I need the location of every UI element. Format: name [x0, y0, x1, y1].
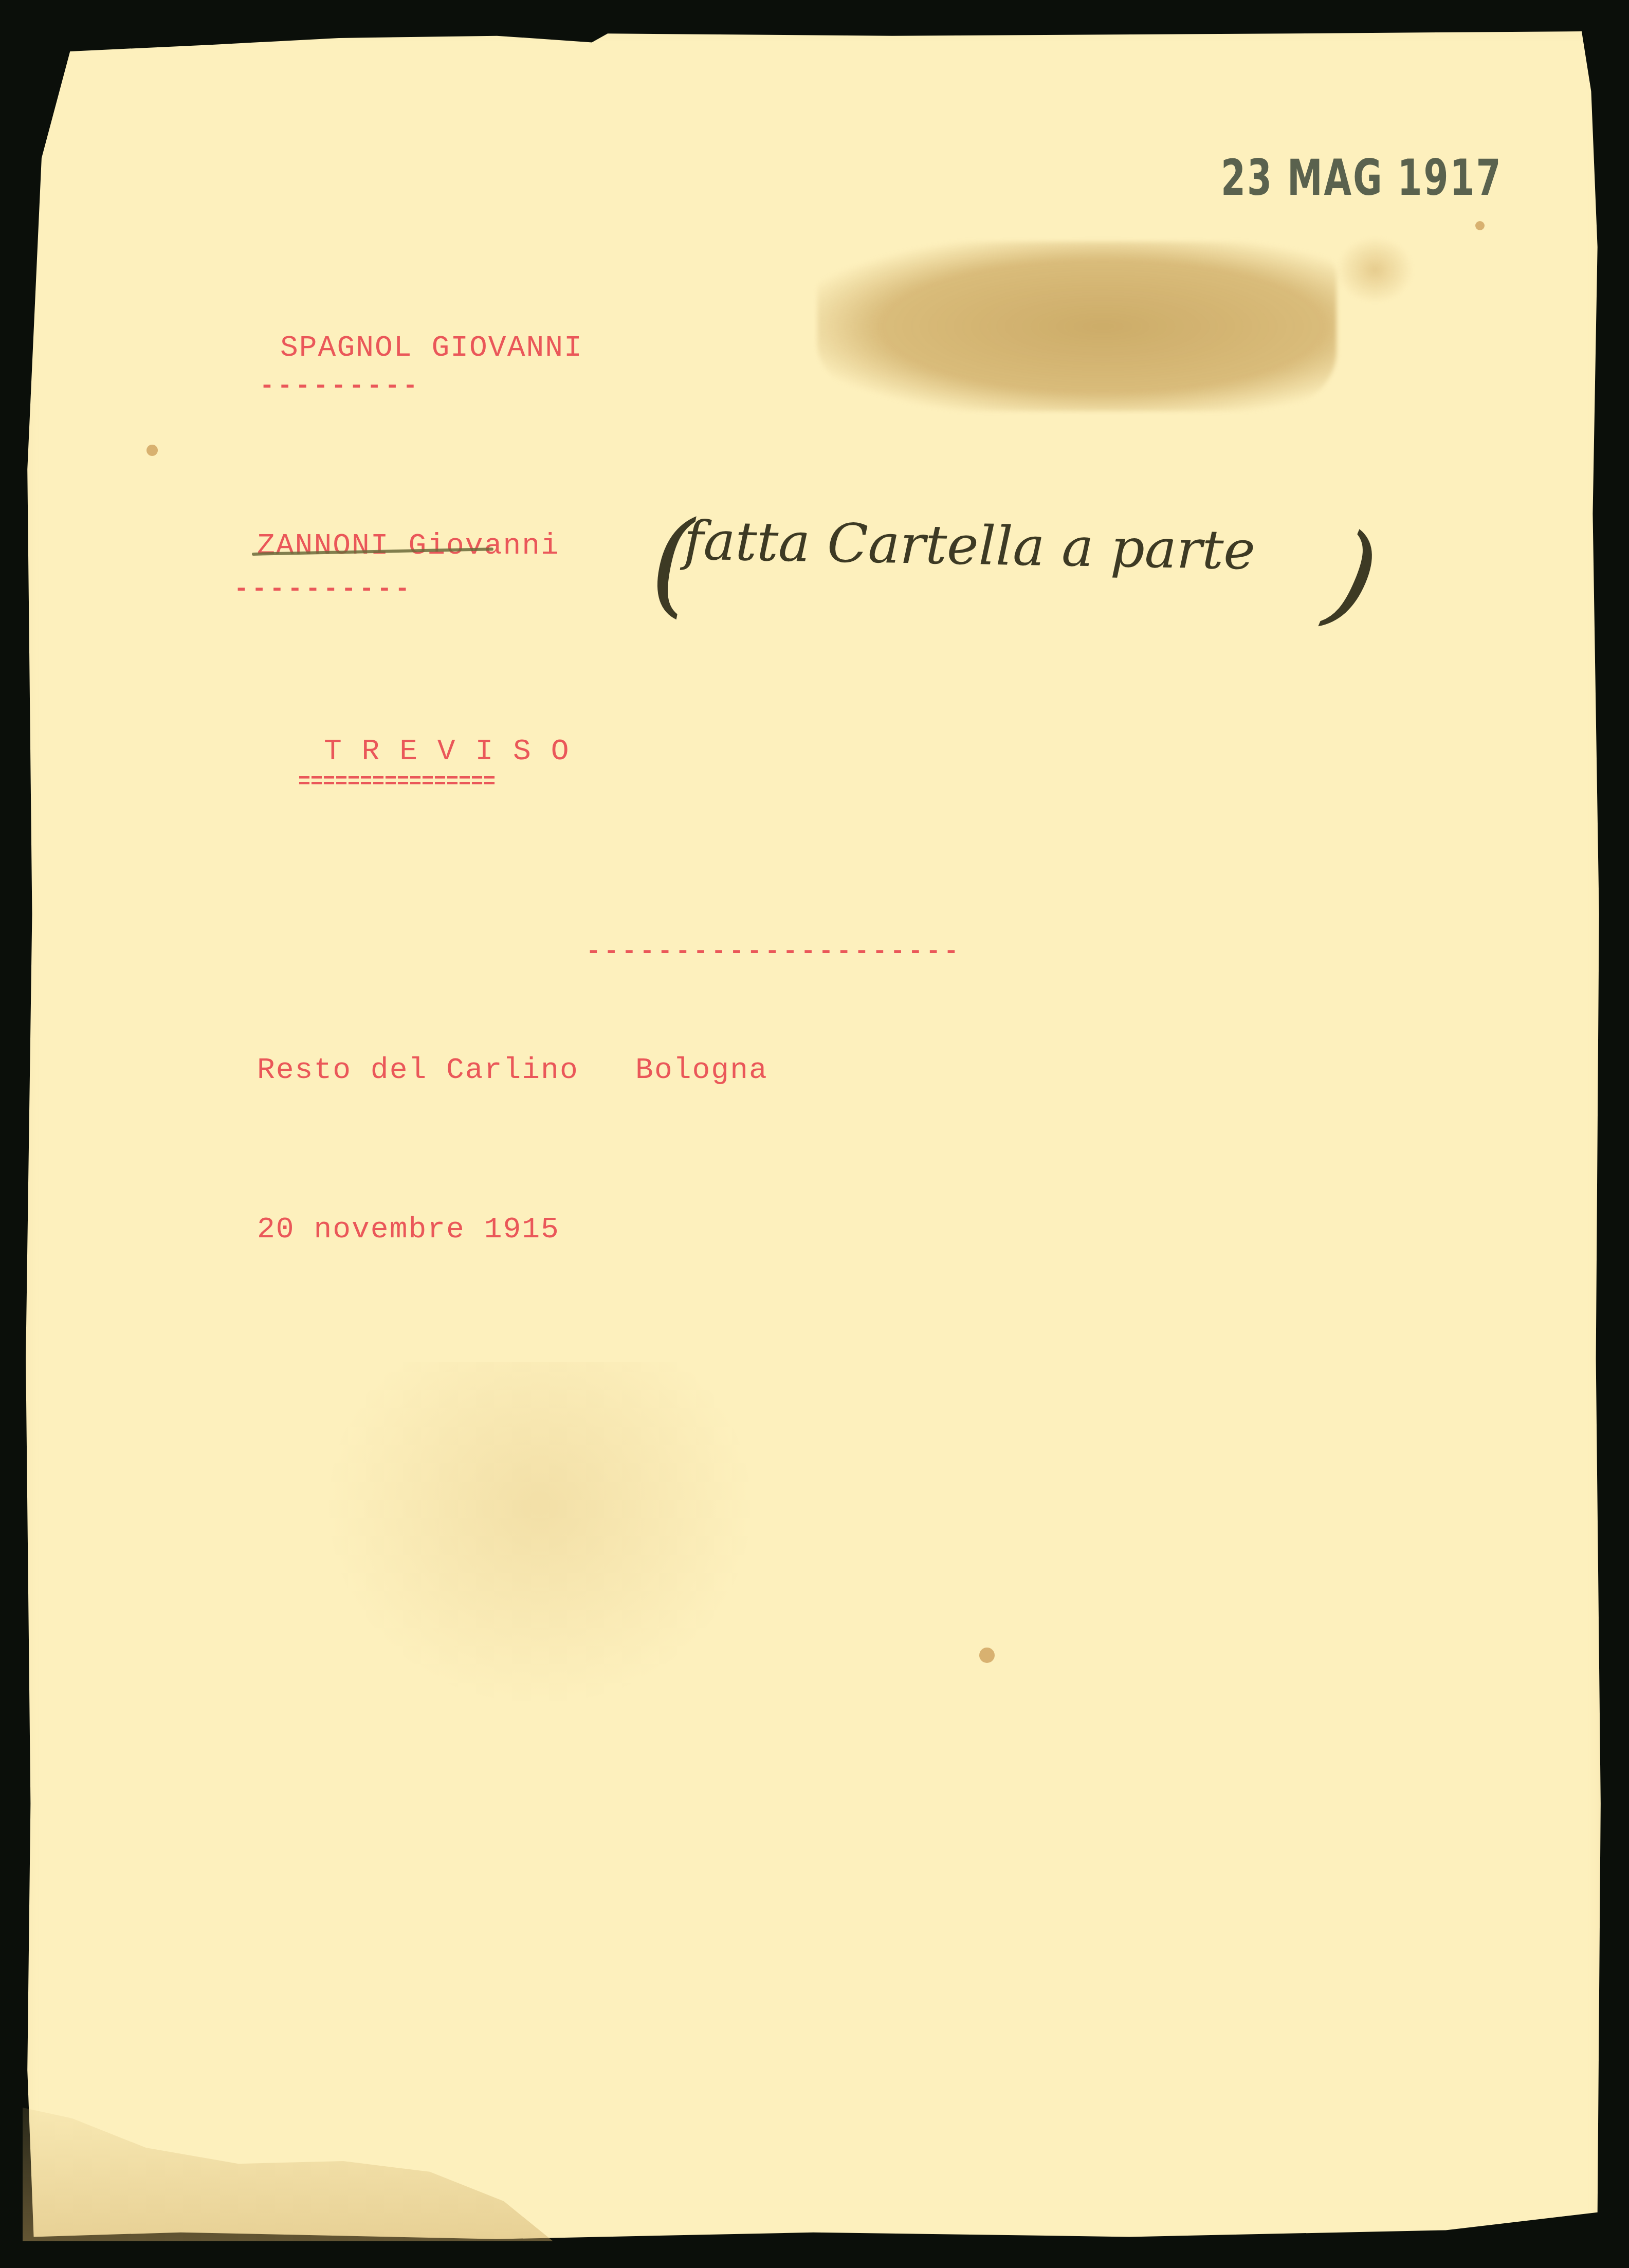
place-underline: ================: [298, 771, 496, 794]
separator-line: ---------------------: [586, 938, 962, 966]
name-primary: SPAGNOL GIOVANNI: [280, 332, 583, 365]
foxing-spot: [147, 445, 158, 456]
document-paper: [23, 25, 1604, 2248]
place-name: T R E V I S O: [324, 735, 570, 769]
name-struck-underline: ----------: [234, 576, 413, 603]
foxing-area: [308, 1362, 771, 1722]
foxing-spot: [979, 1648, 995, 1663]
publication-date: 20 novembre 1915: [257, 1213, 560, 1247]
foxing-spot: [1475, 221, 1485, 230]
water-stain-top-small: [1337, 236, 1414, 303]
date-stamp: 23 MAG 1917: [1221, 149, 1502, 207]
handwritten-note: fatta Cartella a parte: [683, 509, 1256, 581]
name-struck: ZANNONI Giovanni: [257, 529, 560, 563]
name-primary-underline: ---------: [260, 373, 420, 400]
source-publication: Resto del Carlino Bologna: [257, 1054, 768, 1087]
water-stain-top: [817, 242, 1337, 411]
